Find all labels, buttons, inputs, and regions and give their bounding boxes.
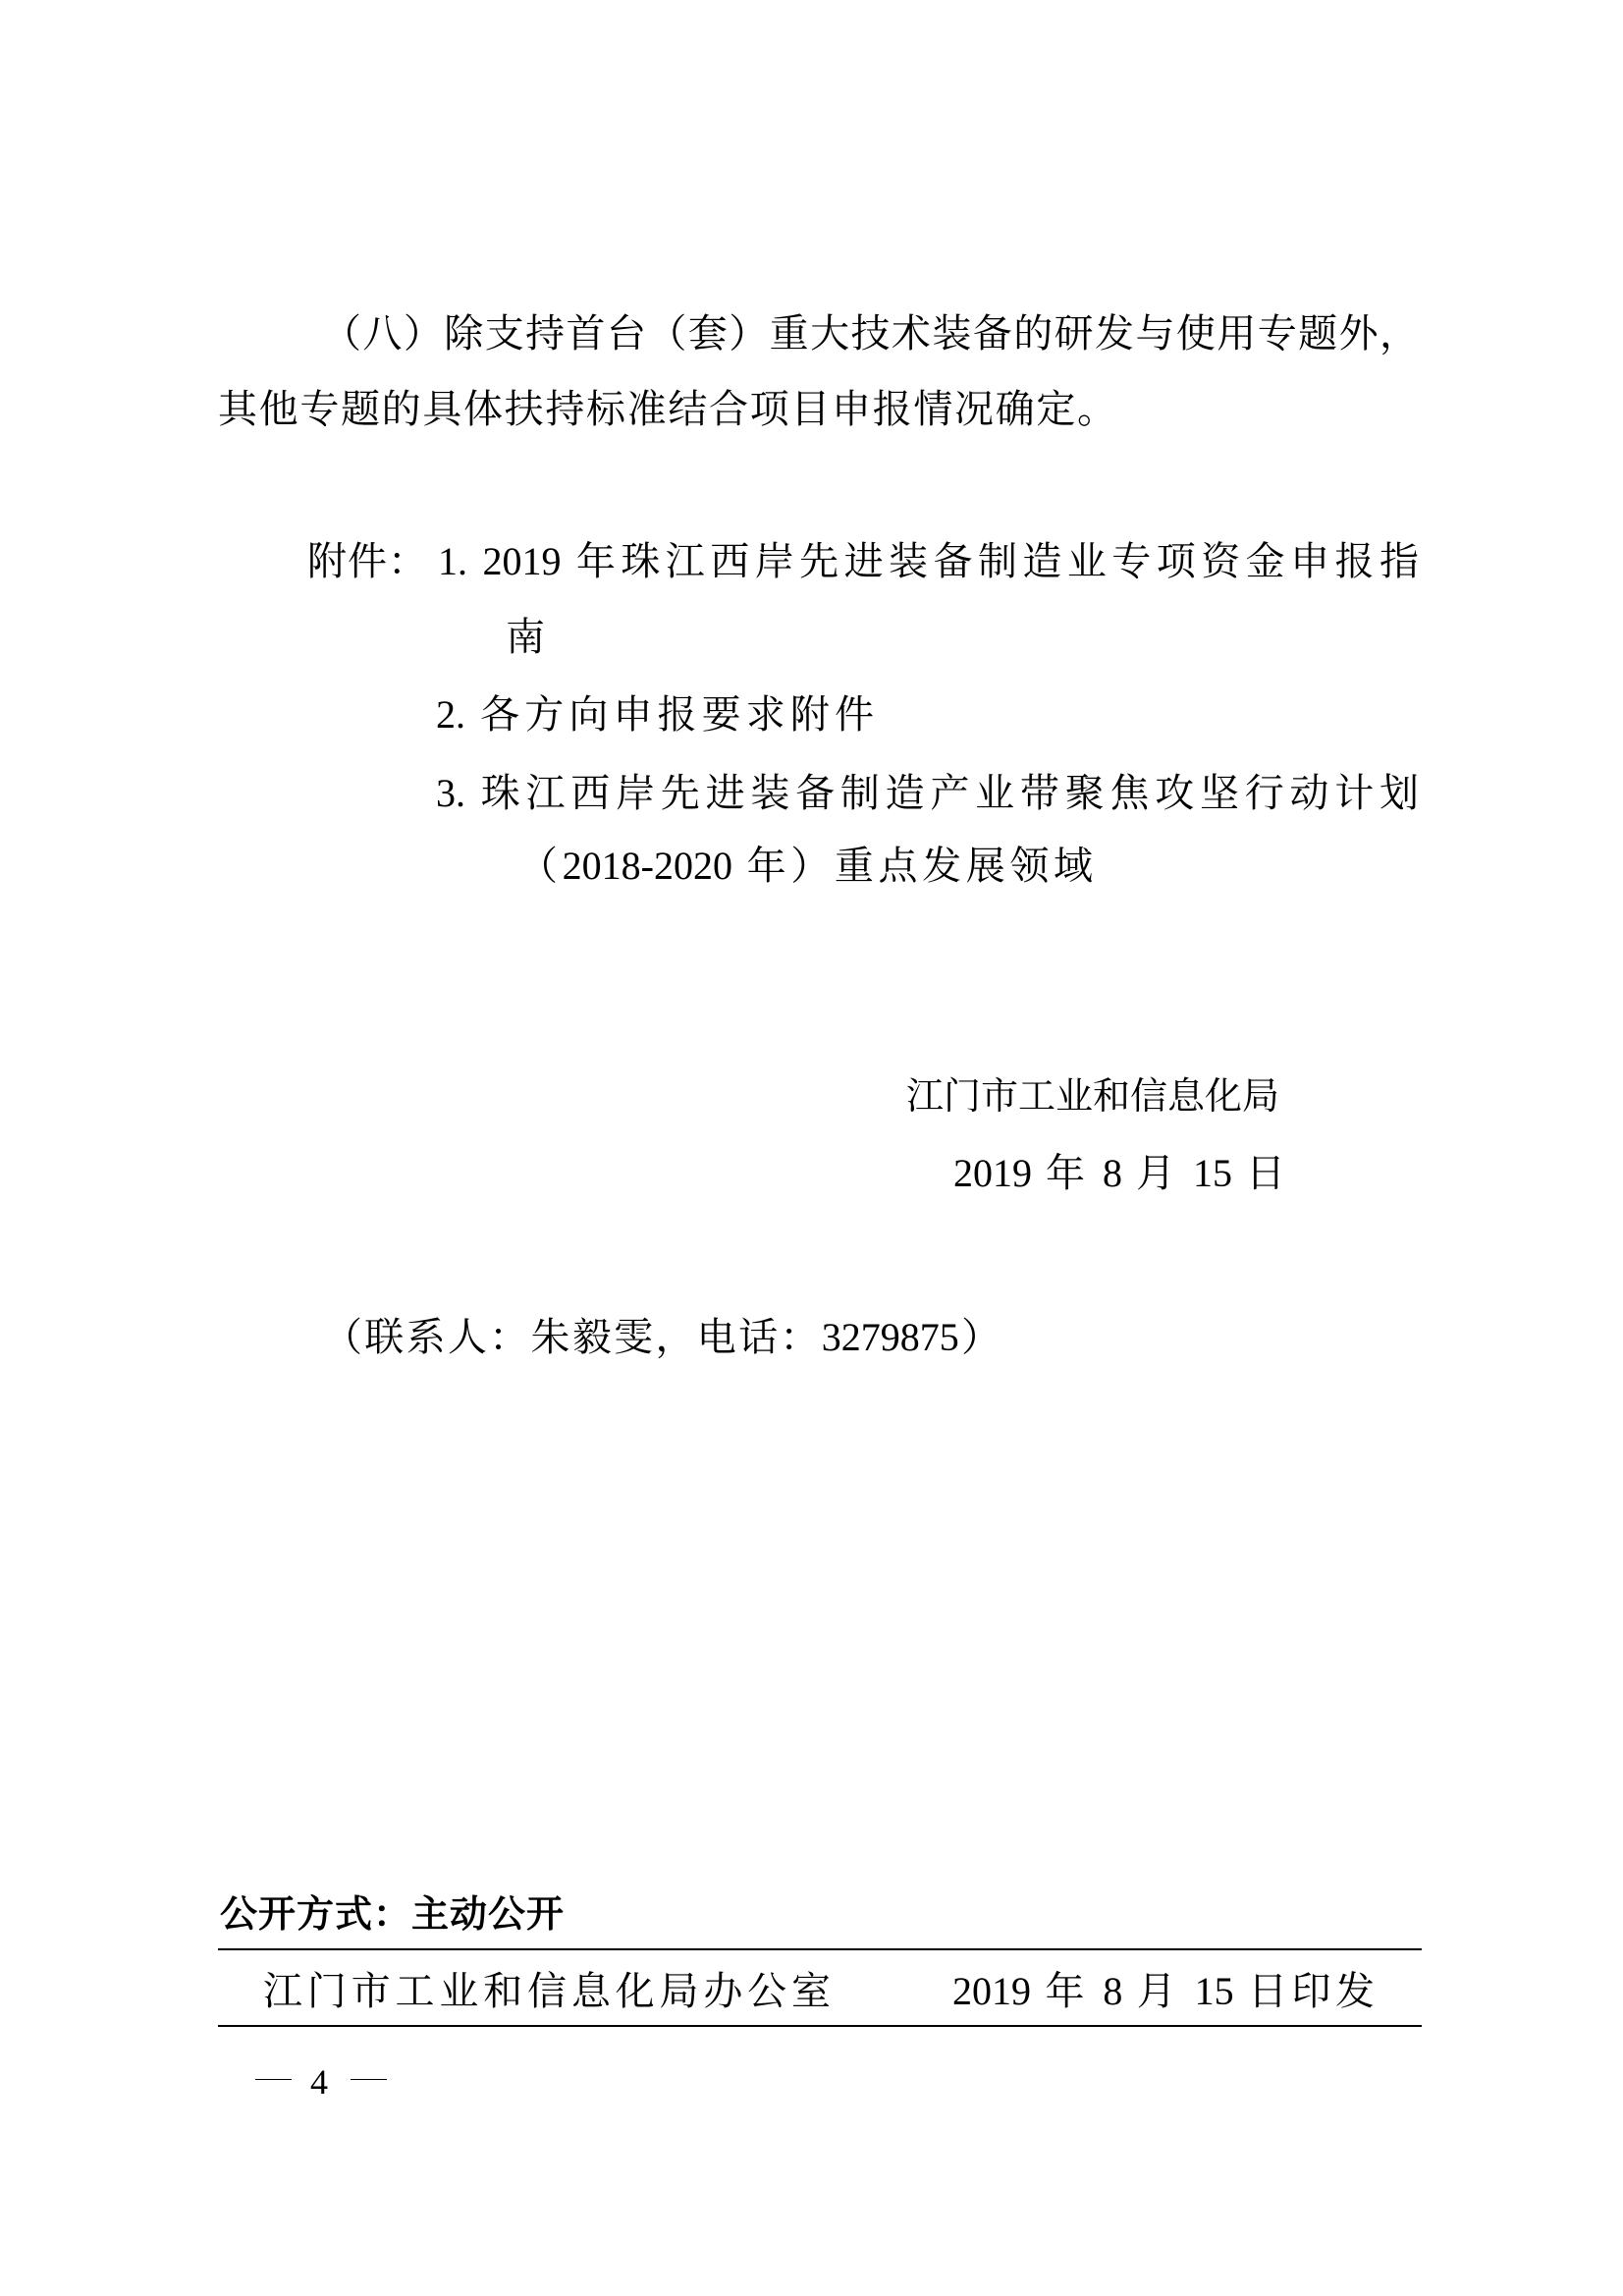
attachment-2[interactable]: 2. 各方向申报要求附件 xyxy=(436,693,874,737)
attachment-1-line-2[interactable]: 南 xyxy=(506,616,545,659)
attachments-label: 附件： xyxy=(307,540,427,583)
attachment-3-line-2[interactable]: （2018-2020 年）重点发展领域 xyxy=(518,845,1093,888)
contact-info: （联系人：朱毅雯，电话：3279875） xyxy=(323,1316,1001,1359)
signature-organization: 江门市工业和信息化局 xyxy=(906,1075,1273,1119)
signature-date: 2019 年 8 月 15 日 xyxy=(953,1152,1285,1195)
attachment-1-line-1[interactable]: 1. 2019 年珠江西岸先进装备制造业专项资金申报指 xyxy=(438,540,1419,583)
paragraph-8-line-1: （八）除支持首台（套）重大技术装备的研发与使用专题外， xyxy=(322,312,1419,355)
page-number: 4 xyxy=(310,2060,328,2104)
footer-bottom-rule xyxy=(218,2025,1422,2027)
attachment-3-line-1[interactable]: 3. 珠江西岸先进装备制造产业带聚焦攻坚行动计划 xyxy=(436,772,1419,815)
page-number-dash-right xyxy=(351,2079,387,2080)
page-number-dash-left xyxy=(255,2079,292,2080)
issue-date: 2019 年 8 月 15 日印发 xyxy=(952,1970,1375,2013)
disclosure-method: 公开方式：主动公开 xyxy=(220,1893,565,1937)
paragraph-8-line-2: 其他专题的具体扶持标准结合项目申报情况确定。 xyxy=(218,388,1116,431)
footer-top-rule xyxy=(218,1948,1422,1950)
issuing-office: 江门市工业和信息化局办公室 xyxy=(263,1970,831,2013)
